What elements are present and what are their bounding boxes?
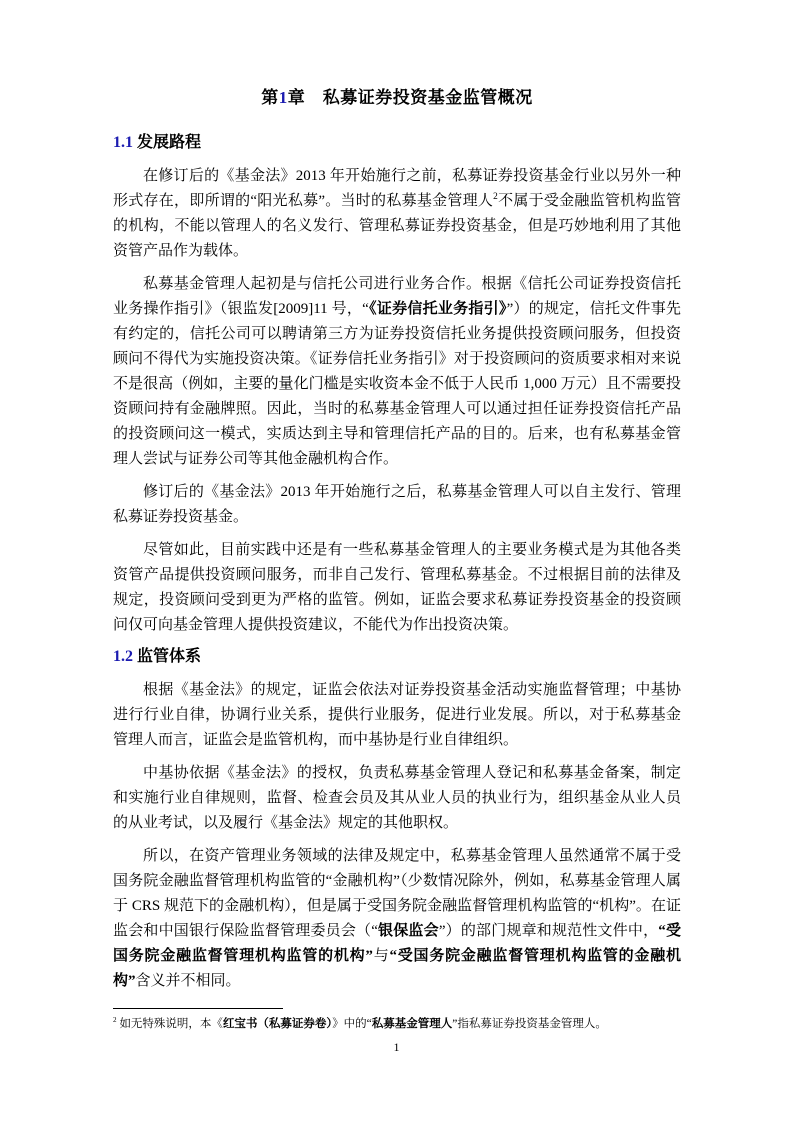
text-run: 银保监会: [378, 923, 439, 939]
text-run: 第: [261, 88, 279, 107]
chapter-title: 第1章 私募证券投资基金监管概况: [113, 86, 681, 110]
section-heading-1-1: 1.1 发展路程: [113, 132, 681, 154]
text-run: 尽管如此，目前实践中还是有一些私募基金管理人的主要业务模式是为其他各类资管产品提…: [113, 542, 681, 633]
text-run: 私募基金管理人: [372, 1018, 453, 1030]
footnote: 2 如无特殊说明，本《红宝书（私募证券卷）》中的“私募基金管理人”指私募证券投资…: [113, 1016, 681, 1032]
text-run: ”）的部门规章和规范性文件中，: [439, 923, 658, 939]
text-run: 监管体系: [133, 648, 201, 665]
paragraph-regulation-2: 中基协依据《基金法》的授权，负责私募基金管理人登记和私募基金备案，制定和实施行业…: [113, 761, 681, 836]
paragraph-regulation-1: 根据《基金法》的规定，证监会依法对证券投资基金活动实施监督管理；中基协进行行业自…: [113, 678, 681, 753]
text-run: 中基协依据《基金法》的授权，负责私募基金管理人登记和私募基金备案，制定和实施行业…: [113, 765, 681, 831]
document-page: 第1章 私募证券投资基金监管概况 1.1 发展路程 在修订后的《基金法》2013…: [0, 0, 793, 1122]
text-run: 1.1: [113, 134, 133, 151]
text-run: 章 私募证券投资基金监管概况: [288, 88, 533, 107]
paragraph-development-1: 在修订后的《基金法》2013 年开始施行之前，私募证券投资基金行业以另外一种形式…: [113, 164, 681, 264]
text-run: ”指私募证券投资基金管理人。: [452, 1018, 607, 1030]
text-run: 与: [373, 948, 390, 964]
paragraph-development-4: 尽管如此，目前实践中还是有一些私募基金管理人的主要业务模式是为其他各类资管产品提…: [113, 538, 681, 638]
text-run: 》中的“: [332, 1018, 372, 1030]
page-content: 第1章 私募证券投资基金监管概况 1.1 发展路程 在修订后的《基金法》2013…: [113, 86, 681, 994]
footnote-divider: [113, 1008, 283, 1009]
page-number: 1: [0, 1040, 793, 1054]
text-run: 含义并不相同。: [136, 973, 241, 989]
paragraph-regulation-3: 所以，在资产管理业务领域的法律及规定中，私募基金管理人虽然通常不属于受国务院金融…: [113, 844, 681, 994]
section-heading-1-2: 1.2 监管体系: [113, 646, 681, 668]
text-run: 1: [279, 88, 288, 107]
text-run: 《证券信托业务指引》: [369, 301, 507, 317]
text-run: 如无特殊说明，本《: [117, 1018, 223, 1030]
text-run: 根据《基金法》的规定，证监会依法对证券投资基金活动实施监督管理；中基协进行行业自…: [113, 682, 681, 748]
text-run: 1.2: [113, 648, 133, 665]
text-run: 红宝书（私募证券卷）: [223, 1018, 332, 1030]
paragraph-development-2: 私募基金管理人起初是与信托公司进行业务合作。根据《信托公司证券投资信托业务操作指…: [113, 272, 681, 472]
text-run: ”）的规定，信托文件事先有约定的，信托公司可以聘请第三方为证券投资信托业务提供投…: [113, 301, 681, 467]
paragraph-development-3: 修订后的《基金法》2013 年开始施行之后，私募基金管理人可以自主发行、管理私募…: [113, 480, 681, 530]
text-run: 修订后的《基金法》2013 年开始施行之后，私募基金管理人可以自主发行、管理私募…: [113, 484, 681, 525]
text-run: 发展路程: [133, 134, 201, 151]
